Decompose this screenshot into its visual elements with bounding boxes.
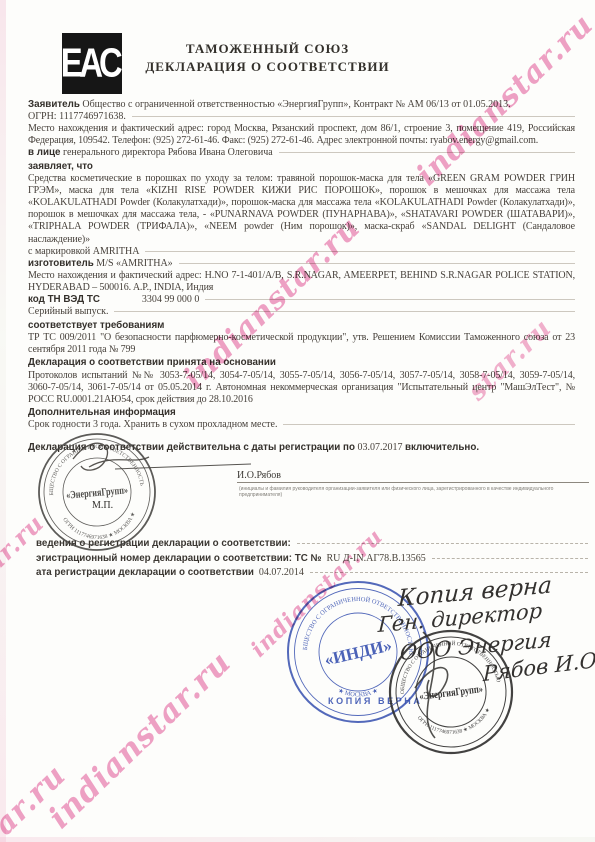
document-title: ТАМОЖЕННЫЙ СОЮЗ ДЕКЛАРАЦИЯ О СООТВЕТСТВИ…: [95, 40, 440, 75]
form-rule: [297, 543, 588, 544]
validity-date: 03.07.2017: [357, 442, 402, 453]
manufacturer-value: M/S «AMRITHA»: [96, 258, 172, 269]
declaration-document-page: ЕАС ТАМОЖЕННЫЙ СОЮЗ ДЕКЛАРАЦИЯ О СООТВЕТ…: [0, 0, 595, 842]
manufacturer-line: изготовитель M/S «AMRITHA»: [28, 258, 575, 270]
additional-info-label: Дополнительная информация: [28, 407, 575, 419]
title-line-declaration: ДЕКЛАРАЦИЯ О СООТВЕТСТВИИ: [95, 58, 440, 76]
form-rule: [132, 116, 575, 117]
ogrn-value: ОГРН: 1117746971638.: [28, 111, 126, 123]
conforms-label: соответствует требованиям: [28, 320, 575, 332]
form-rule: [114, 311, 575, 312]
scan-edge-tint-bottom: [0, 837, 595, 842]
form-rule: [179, 263, 575, 264]
declares-label: заявляет, что: [28, 161, 575, 173]
signature-caption: (инициалы и фамилия руководителя организ…: [239, 486, 589, 498]
manufacturer-address: Место нахождения и фактический адрес: H.…: [28, 270, 575, 294]
ogrn-line: ОГРН: 1117746971638.: [28, 111, 575, 123]
watermark-text: indianstar.ru: [42, 644, 239, 836]
watermark-text: ar.ru: [0, 758, 73, 842]
marking-line: с маркировкой AMRITHA: [28, 246, 575, 258]
manufacturer-label: изготовитель: [28, 258, 94, 269]
registration-number-value: RU Д-IN.АГ78.В.13565: [327, 553, 426, 564]
marking-text: с маркировкой AMRITHA: [28, 246, 139, 258]
title-line-customs-union: ТАМОЖЕННЫЙ СОЮЗ: [95, 40, 440, 58]
tnved-value: 3304 99 000 0: [142, 294, 200, 306]
in-person-line: в лице генерального директора Рябова Ива…: [28, 147, 575, 159]
form-rule: [279, 152, 575, 153]
applicant-paragraph: Заявитель Общество с ограниченной ответс…: [28, 99, 575, 111]
tnved-label: код ТН ВЭД ТС: [28, 294, 100, 306]
manufacturer-text: изготовитель M/S «AMRITHA»: [28, 258, 173, 270]
in-person-value: генерального директора Рябова Ивана Олег…: [63, 147, 273, 158]
form-rule: [432, 558, 588, 559]
form-rule: [283, 424, 575, 425]
signature-underline: [237, 482, 589, 483]
tnved-line: код ТН ВЭД ТС3304 99 000 0: [28, 294, 575, 306]
scan-edge-tint-left: [0, 0, 6, 842]
applicant-address: Место нахождения и фактический адрес: го…: [28, 123, 575, 147]
form-rule: [205, 299, 575, 300]
in-person-text: в лице генерального директора Рябова Ива…: [28, 147, 273, 159]
mp-seal-place-label: М.П.: [92, 500, 113, 511]
applicant-label: Заявитель: [28, 99, 80, 110]
document-body: Заявитель Общество с ограниченной ответс…: [28, 99, 575, 454]
form-rule: [145, 251, 575, 252]
energygroup-round-stamp-left: ОБЩЕСТВО С ОГРАНИЧЕННОЙ ОТВЕТСТВЕННОСТЬЮ…: [15, 425, 255, 575]
applicant-text: Общество с ограниченной ответственностью…: [82, 99, 510, 110]
basis-label: Декларация о соответствии принята на осн…: [28, 357, 575, 369]
serial-line: Серийный выпуск.: [28, 306, 575, 318]
conforms-text: ТР ТС 009/2011 "О безопасности парфюмерн…: [28, 332, 575, 356]
in-person-label: в лице: [28, 147, 60, 158]
products-description: Средства косметические в порошках по ухо…: [28, 173, 575, 246]
validity-suffix: включительно.: [405, 442, 479, 453]
serial-text: Серийный выпуск.: [28, 306, 108, 318]
basis-text: Протоколов испытаний №№ 3053-7-05/14, 30…: [28, 370, 575, 406]
